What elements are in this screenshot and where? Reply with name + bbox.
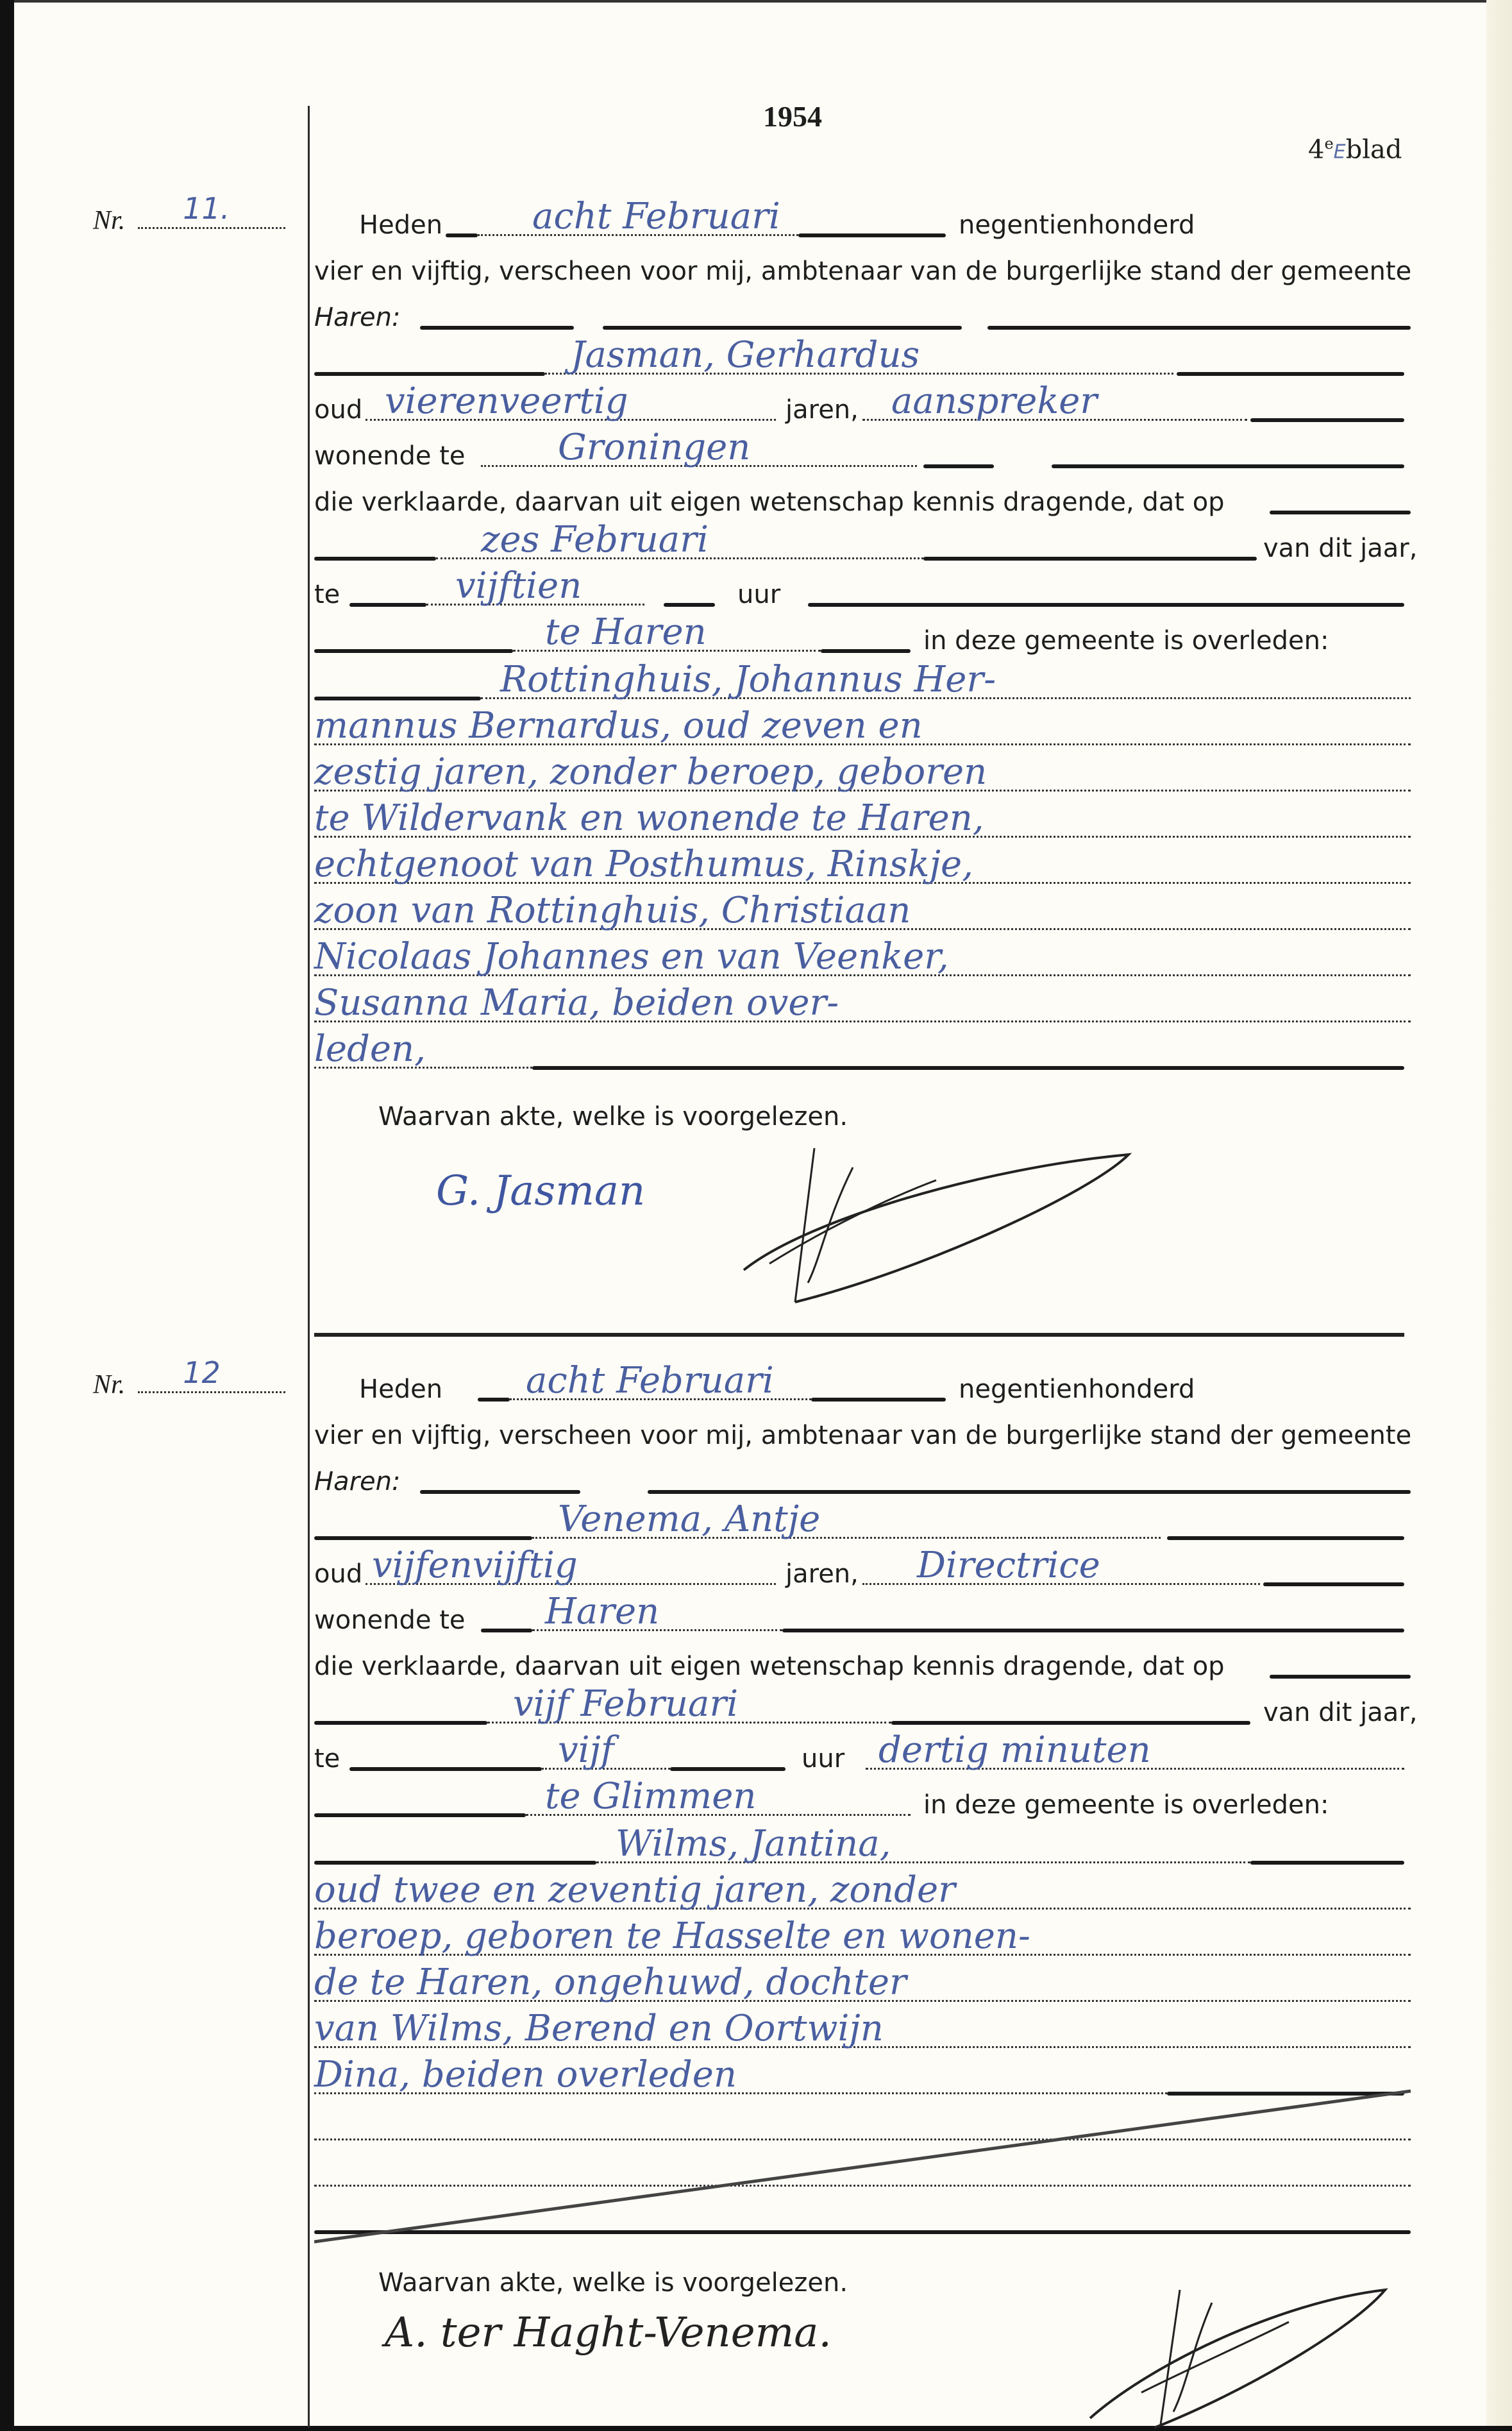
jaren-label: jaren, — [785, 1559, 859, 1589]
page-year: 1954 — [763, 99, 822, 133]
uur-label: uur — [737, 580, 780, 609]
entry12-cancel-stroke — [314, 2085, 1417, 2251]
closing-text: Waarvan akte, welke is voorgelezen. — [378, 1102, 848, 1131]
entry12-body-line: oud twee en zeventig jaren, zonder — [314, 1869, 955, 1911]
entry12-line-verklaarde: die verklaarde, daarvan uit eigen wetens… — [314, 1640, 1411, 1685]
entry12-body-line: beroep, geboren te Hasselte en wonen- — [314, 1915, 1030, 1957]
entry12-date-day: acht Februari — [526, 1360, 774, 1402]
entry-number-value: 12 — [183, 1355, 221, 1390]
entry11-line-gemeente: Haren: — [314, 291, 1411, 336]
gemeente-label: Haren: — [314, 1467, 400, 1496]
entry11-date-day: acht Februari — [532, 196, 780, 237]
entry12-signature-official — [1084, 2277, 1404, 2431]
entry11-age: vierenveertig — [385, 380, 628, 422]
die-verklaarde-label: die verklaarde, daarvan uit eigen wetens… — [314, 487, 1225, 517]
entry11-body-line: Nicolaas Johannes en van Veenker, — [314, 936, 949, 978]
entry11-line-place: te Haren in deze gemeente is overleden: — [314, 614, 1411, 659]
die-verklaarde-label: die verklaarde, daarvan uit eigen wetens… — [314, 1652, 1225, 1681]
wonende-te-label: wonende te — [314, 441, 466, 471]
wonende-te-label: wonende te — [314, 1605, 466, 1635]
entry12-death-minutes: dertig minuten — [878, 1729, 1151, 1771]
sheet-label: blad — [1346, 135, 1402, 164]
entry11-line-residence: wonende te Groningen — [314, 430, 1411, 475]
entry11-death-hour: vijftien — [455, 565, 582, 607]
entry12-residence: Haren — [545, 1591, 659, 1632]
entry12-line-age: oud vijfenvijftig jaren, Directrice — [314, 1548, 1411, 1593]
entry11-closing: Waarvan akte, welke is voorgelezen. — [314, 1090, 1411, 1135]
entry11-declarant-name: Jasman, Gerhardus — [571, 334, 920, 376]
sheet-number-value: 4 — [1308, 135, 1324, 164]
sheet-ordinal-suffix: e — [1324, 135, 1333, 153]
entry11-body-line: Susanna Maria, beiden over- — [314, 982, 839, 1024]
form-line-2: vier en vijftig, verscheen voor mij, amb… — [314, 1421, 1411, 1450]
van-dit-jaar-label: van dit jaar, — [1263, 534, 1417, 563]
entry12-death-hour: vijf — [558, 1729, 614, 1771]
entry-number-value: 11. — [183, 191, 230, 226]
nr-label: Nr. — [93, 1370, 125, 1400]
entry12-body-line: de te Haren, ongehuwd, dochter — [314, 1961, 907, 2003]
entry12-body-line: Wilms, Jantina, — [616, 1823, 891, 1865]
entry11-body-line: zestig jaren, zonder beroep, geboren — [314, 751, 987, 793]
page-edge-right — [1486, 0, 1512, 2431]
entry11-death-date: zes Februari — [481, 519, 709, 561]
entry11-body-line: echtgenoot van Posthumus, Rinskje, — [314, 843, 973, 885]
entry12-age: vijfenvijftig — [372, 1545, 578, 1586]
entry12-body-line: van Wilms, Berend en Oortwijn — [314, 2008, 884, 2049]
scan-edge-top — [0, 0, 1512, 3]
overleden-label: in deze gemeente is overleden: — [923, 1790, 1329, 1820]
entry11-line-declarant: Jasman, Gerhardus — [314, 337, 1411, 382]
entry12-signature-declarant: A. ter Haght-Venema. — [385, 2309, 832, 2357]
entry11-death-place: te Haren — [545, 611, 707, 653]
margin-rule — [308, 106, 310, 2428]
entry11-signature-declarant: G. Jasman — [436, 1167, 645, 1215]
overleden-label: in deze gemeente is overleden: — [923, 626, 1329, 656]
entry12-death-date: vijf Februari — [513, 1683, 738, 1725]
entry12-line-gemeente: Haren: — [314, 1455, 1411, 1500]
entry12-line-time: te vijf uur dertig minuten — [314, 1732, 1411, 1777]
entry12-line-place: te Glimmen in deze gemeente is overleden… — [314, 1779, 1411, 1824]
entry11-body-line: Rottinghuis, Johannus Her- — [500, 659, 996, 700]
te-label: te — [314, 1744, 340, 1774]
entry12-line-date: Heden acht Februari negentienhonderd — [314, 1363, 1411, 1408]
te-label: te — [314, 580, 340, 609]
entry11-line-death-date: zes Februari van dit jaar, — [314, 522, 1411, 567]
entry11-line-time: te vijftien uur — [314, 568, 1411, 613]
negentienhonderd-label: negentienhonderd — [959, 1375, 1195, 1404]
oud-label: oud — [314, 1559, 362, 1589]
entry11-occupation: aanspreker — [891, 380, 1097, 422]
entry11-residence: Groningen — [558, 427, 750, 468]
uur-label: uur — [802, 1744, 844, 1774]
negentienhonderd-label: negentienhonderd — [959, 210, 1195, 240]
entry12-line-death-date: vijf Februari van dit jaar, — [314, 1686, 1411, 1731]
entry12-occupation: Directrice — [917, 1545, 1100, 1586]
entry12-death-place: te Glimmen — [545, 1775, 756, 1817]
entry11-body-line: mannus Bernardus, oud zeven en — [314, 705, 923, 747]
van-dit-jaar-label: van dit jaar, — [1263, 1698, 1417, 1727]
entry11-line-verklaarde: die verklaarde, daarvan uit eigen wetens… — [314, 476, 1411, 521]
scan-edge-left — [0, 0, 14, 2431]
entry11-body-line: te Wildervank en wonende te Haren, — [314, 797, 984, 839]
entry11-body-line: zoon van Rottinghuis, Christiaan — [314, 890, 911, 931]
entry12-line-residence: wonende te Haren — [314, 1594, 1411, 1639]
jaren-label: jaren, — [785, 395, 859, 425]
entry11-body-line: leden, — [314, 1028, 426, 1070]
entry-separator — [314, 1333, 1404, 1337]
entry-number-12: Nr.12 — [93, 1368, 285, 1400]
entry11-line-age: oud vierenveertig jaren, aanspreker — [314, 384, 1411, 428]
entry11-signature-official — [731, 1142, 1141, 1309]
heden-label: Heden — [359, 210, 442, 240]
gemeente-label: Haren: — [314, 303, 400, 332]
nr-label: Nr. — [93, 206, 125, 235]
entry12-declarant-name: Venema, Antje — [558, 1498, 820, 1540]
closing-text: Waarvan akte, welke is voorgelezen. — [378, 2268, 848, 2298]
heden-label: Heden — [359, 1375, 442, 1404]
form-line-2: vier en vijftig, verscheen voor mij, amb… — [314, 257, 1411, 286]
sheet-number: 4eEblad — [1308, 135, 1402, 164]
entry11-line-date: Heden acht Februari negentienhonderd — [314, 199, 1411, 244]
entry12-line-declarant: Venema, Antje — [314, 1502, 1411, 1546]
entry-number-11: Nr.11. — [93, 204, 285, 236]
oud-label: oud — [314, 395, 362, 425]
entry11-line-2: vier en vijftig, verscheen voor mij, amb… — [314, 245, 1411, 290]
entry12-line-2: vier en vijftig, verscheen voor mij, amb… — [314, 1409, 1411, 1454]
sheet-annotation: E — [1334, 140, 1346, 163]
